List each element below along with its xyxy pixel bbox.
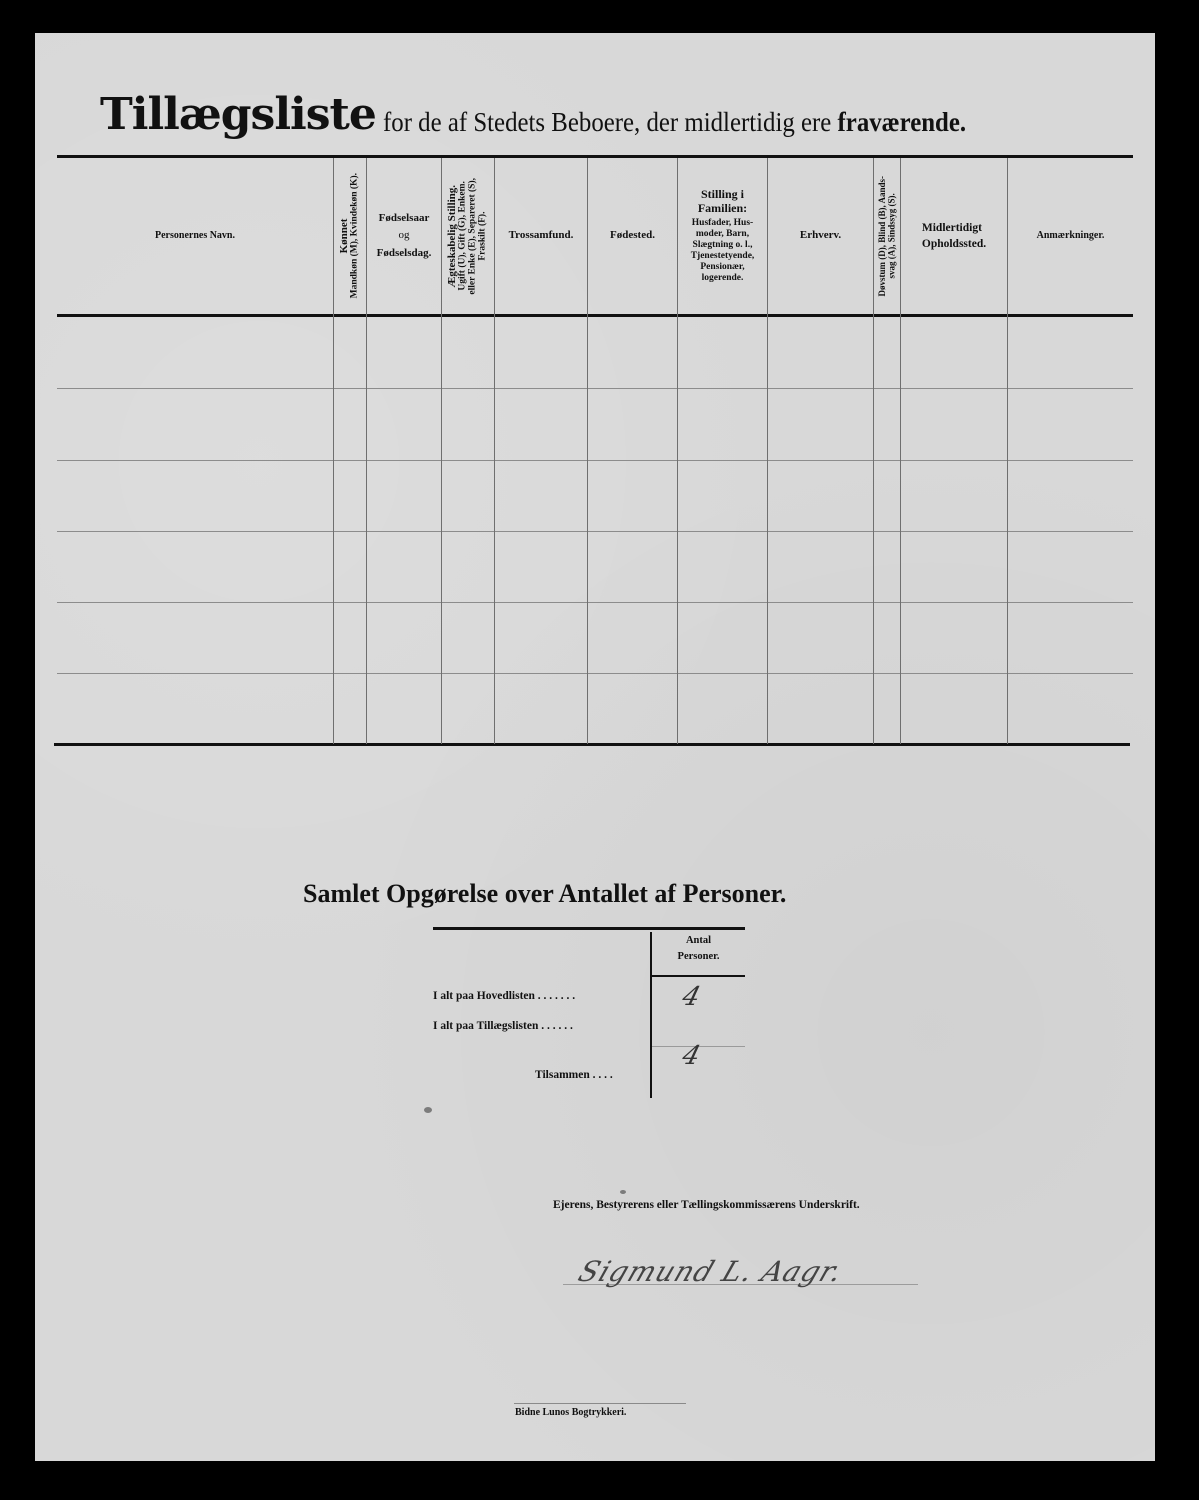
signature-handwritten: Sigmund L. Aagr. [574,1255,848,1288]
table-row [57,461,1133,531]
form-subtitle: for de af Stedets Beboere, der midlertid… [383,109,966,136]
header-kjonnet: Kønnet Mandkøn (M), Kvindekøn (K). [334,158,366,314]
table-row [57,317,1133,388]
header-midlertidigt-opholdssted: Midlertidigt Opholdssted. [901,158,1007,314]
header-aegteskabelig-stilling: Ægteskabelig Stilling. Ugift (U), Gift (… [442,158,494,314]
header-label: Fødested. [610,229,655,242]
form-title: Tillægsliste [100,93,376,137]
header-label: Familien: [691,202,755,216]
header-label: Erhverv. [800,229,841,242]
header-label: moder, Barn, [691,229,755,240]
summary-header-label: Antal [652,933,745,949]
header-personernes-navn: Personernes Navn. [57,158,333,314]
summary-header-rule [652,975,745,977]
header-label: Slægtning o. l., [691,240,755,251]
table-row [57,603,1133,673]
census-form-page: Tillægsliste for de af Stedets Beboere, … [35,33,1155,1461]
header-label-vertical: Døvstum (D), Blind (B), Aands- svag (A),… [878,176,897,297]
ink-smudge [424,1107,432,1113]
header-label: Personernes Navn. [155,230,235,242]
signature-caption: Ejerens, Bestyrerens eller Tællingskommi… [553,1199,860,1211]
header-anmaerkninger: Anmærkninger. [1008,158,1133,314]
header-fodselsaar: Fødselsaar og Fødselsdag. [367,158,441,314]
table-bottom-rule [54,743,1130,746]
header-erhverv: Erhverv. [768,158,873,314]
header-label: Fraskilt (F). [479,178,489,295]
summary-label-tilsammen: Tilsammen . . . . [535,1069,613,1081]
subtitle-prefix: for de af Stedets Beboere, der midlertid… [383,107,831,137]
summary-value-hovedlisten: 4 [679,982,704,1012]
header-label: svag (A), Sindssyg (S). [887,176,896,297]
header-label: Husfader, Hus- [691,218,755,229]
summary-label-hovedlisten: I alt paa Hovedlisten . . . . . . . [433,990,575,1002]
header-label: Trossamfund. [509,229,574,242]
printer-imprint: Bidne Lunos Bogtrykkeri. [515,1407,626,1418]
header-label-vertical: Kønnet Mandkøn (M), Kvindekøn (K). [339,173,361,298]
header-label: logerende. [691,273,755,284]
summary-title: Samlet Opgørelse over Antallet af Person… [303,879,786,909]
header-label: Midlertidigt [922,220,986,236]
header-label: Opholdssted. [922,236,986,252]
header-label: Tjenestetyende, [691,251,755,262]
summary-column-header: Antal Personer. [652,933,745,965]
header-handicap: Døvstum (D), Blind (B), Aands- svag (A),… [874,158,900,314]
header-label: Pensionær, [691,262,755,273]
header-label: Anmærkninger. [1037,230,1105,242]
summary-header-label: Personer. [652,949,745,965]
header-trossamfund: Trossamfund. [495,158,587,314]
table-row [57,674,1133,743]
header-label-vertical: Ægteskabelig Stilling. Ugift (U), Gift (… [447,178,488,295]
table-row [57,389,1133,460]
header-label: Døvstum (D), Blind (B), Aands- [878,176,887,297]
summary-top-rule [433,927,745,930]
header-fodested: Fødested. [588,158,677,314]
subtitle-emphasis: fraværende. [838,107,967,137]
printer-rule [514,1403,686,1404]
header-label: Fødselsaar [377,210,432,227]
header-stilling-i-familien: Stilling i Familien: Husfader, Hus- mode… [678,158,767,314]
header-label: og [377,227,432,244]
table-row [57,532,1133,602]
header-label: Fødselsdag. [377,245,432,262]
summary-label-tillaegslisten: I alt paa Tillægslisten . . . . . . [433,1020,573,1032]
header-label: Stilling i [691,188,755,202]
header-label: Mandkøn (M), Kvindekøn (K). [351,173,361,298]
ink-smudge [620,1190,626,1194]
